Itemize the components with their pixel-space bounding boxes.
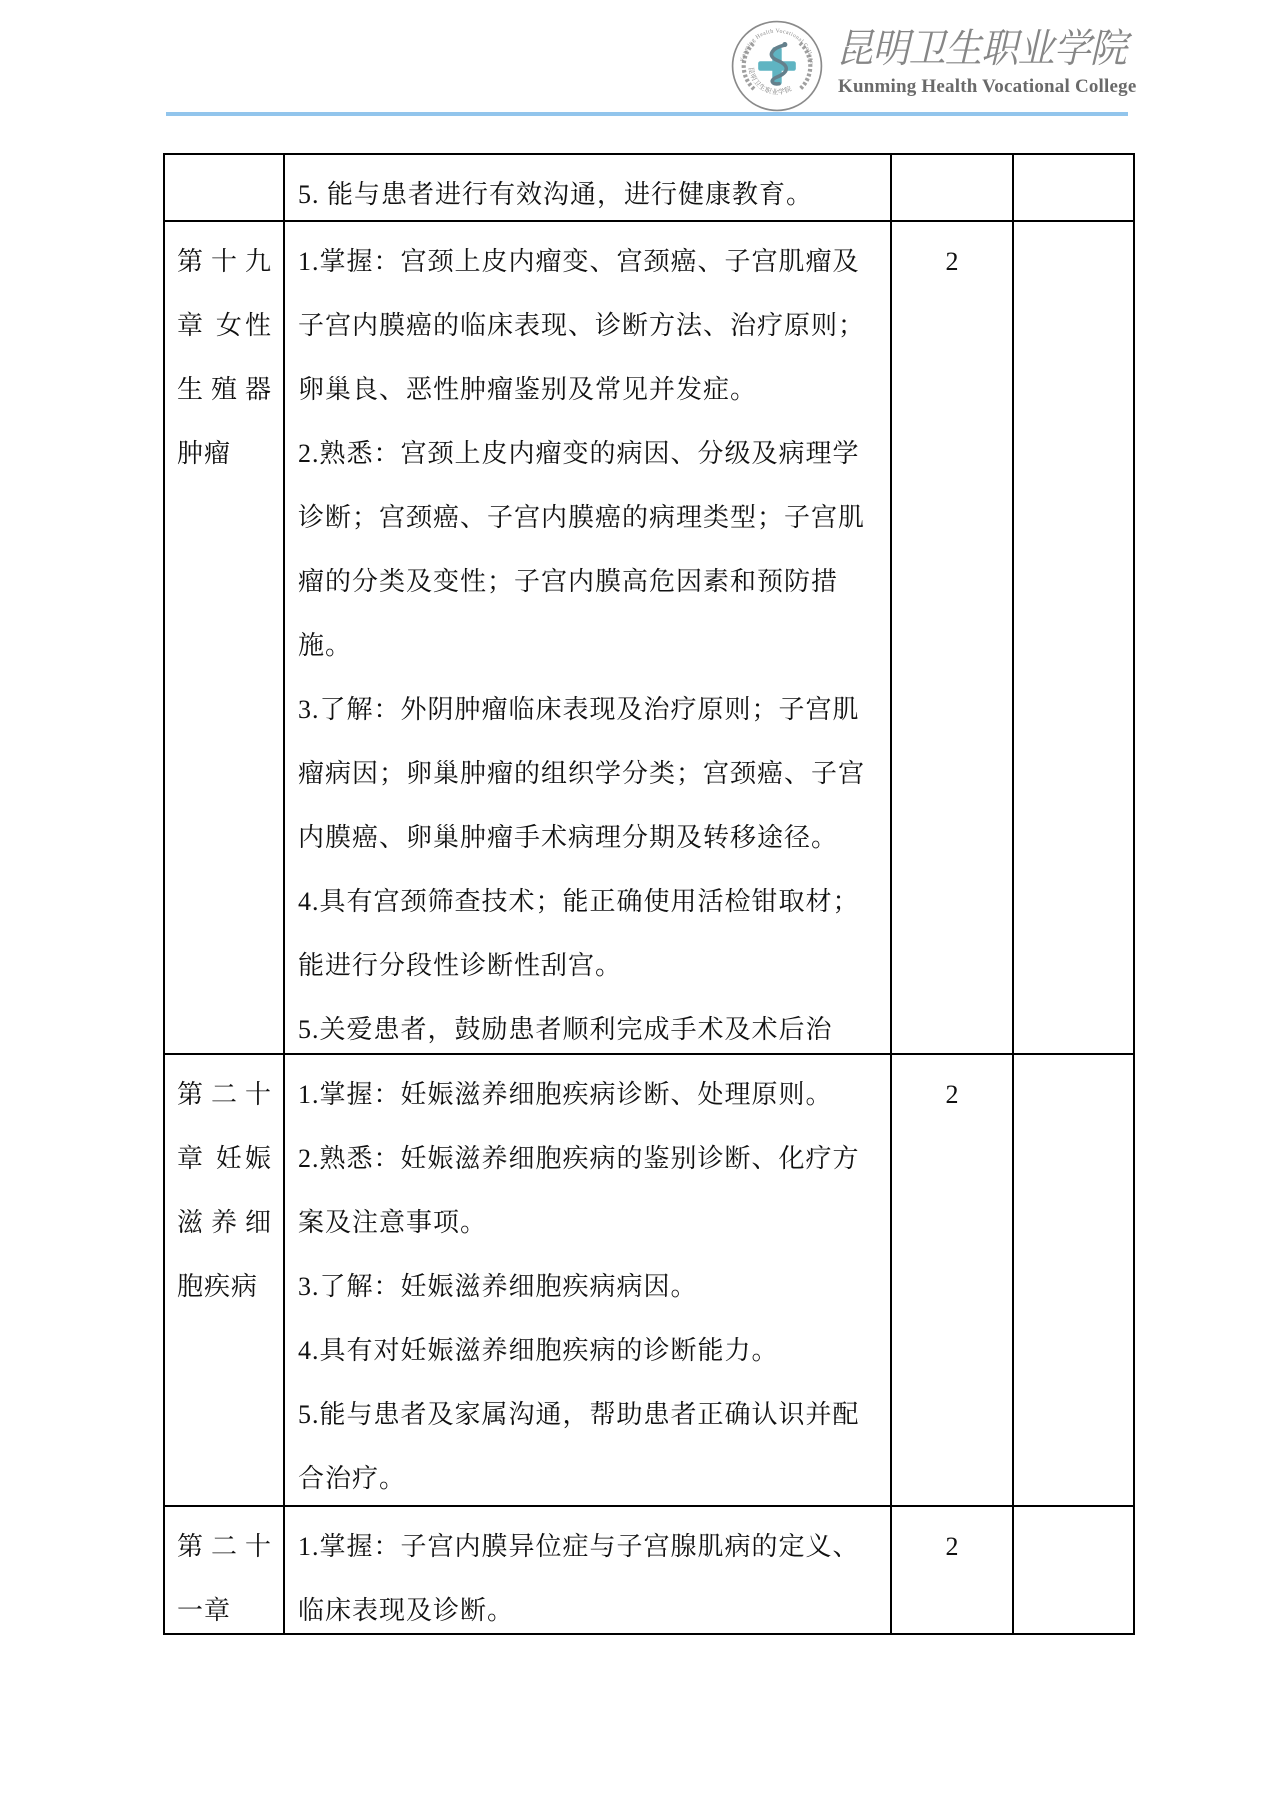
chapter-title-line: 第 十 九 [177, 230, 271, 294]
objective-item: 4.具有宫颈筛查技术；能正确使用活检钳取材；能进行分段性诊断性刮宫。 [298, 870, 880, 998]
hours-cell [891, 154, 1013, 221]
empty-cell [1013, 154, 1134, 221]
objective-item: 3.了解：妊娠滋养细胞疾病病因。 [298, 1255, 880, 1319]
objective-item: 5. 能与患者进行有效沟通，进行健康教育。 [298, 163, 880, 220]
objectives-cell: 1.掌握：妊娠滋养细胞疾病诊断、处理原则。 2.熟悉：妊娠滋养细胞疾病的鉴别诊断… [284, 1054, 891, 1506]
document-page: Kunming Health Vocational College 昆明卫生职业… [0, 0, 1274, 1801]
table-row: 第 十 九 章 女性 生 殖 器 肿瘤 1.掌握：宫颈上皮内瘤变、宫颈癌、子宫肌… [164, 221, 1134, 1054]
hours-value: 2 [892, 1515, 1012, 1579]
chapter-title-line: 第 二 十 [177, 1063, 271, 1127]
college-name-chinese: 昆明卫生职业学院 [836, 22, 1115, 76]
chapter-title-line: 章 妊娠 [177, 1127, 271, 1191]
chapter-title-line: 肿瘤 [177, 422, 271, 486]
chapter-title-line: 生 殖 器 [177, 358, 271, 422]
objectives-cell: 5. 能与患者进行有效沟通，进行健康教育。 [284, 154, 891, 221]
college-name-english: Kunming Health Vocational College [838, 76, 1136, 98]
empty-cell [1013, 1506, 1134, 1634]
chapter-cell: 第 二 十 章 妊娠 滋 养 细 胞疾病 [164, 1054, 284, 1506]
hours-cell: 2 [891, 1506, 1013, 1634]
objective-item: 5.能与患者及家属沟通，帮助患者正确认识并配合治疗。 [298, 1383, 880, 1505]
chapter-title-line: 滋 养 细 [177, 1191, 271, 1255]
table-row: 第 二 十 章 妊娠 滋 养 细 胞疾病 1.掌握：妊娠滋养细胞疾病诊断、处理原… [164, 1054, 1134, 1506]
objective-item: 4.具有对妊娠滋养细胞疾病的诊断能力。 [298, 1319, 880, 1383]
seal-cross-icon [758, 61, 796, 70]
chapter-cell: 第 十 九 章 女性 生 殖 器 肿瘤 [164, 221, 284, 1054]
chapter-title-line: 胞疾病 [177, 1255, 271, 1319]
table-row: 第 二 十 一章 1.掌握：子宫内膜异位症与子宫腺肌病的定义、临床表现及诊断。 … [164, 1506, 1134, 1634]
objective-item: 2.熟悉：宫颈上皮内瘤变的病因、分级及病理学诊断；宫颈癌、子宫内膜癌的病理类型；… [298, 422, 880, 678]
hours-cell: 2 [891, 1054, 1013, 1506]
objective-item: 1.掌握：宫颈上皮内瘤变、宫颈癌、子宫肌瘤及子宫内膜癌的临床表现、诊断方法、治疗… [298, 230, 880, 422]
objective-item: 5.关爱患者，鼓励患者顺利完成手术及术后治疗；指导患者正确认识与使用激素替代治疗… [298, 998, 880, 1053]
empty-cell [1013, 1054, 1134, 1506]
hours-value: 2 [892, 1063, 1012, 1127]
objective-item: 3.了解：外阴肿瘤临床表现及治疗原则；子宫肌瘤病因；卵巢肿瘤的组织学分类；宫颈癌… [298, 678, 880, 870]
chapter-title-line: 章 女性 [177, 294, 271, 358]
objective-item: 2.熟悉：妊娠滋养细胞疾病的鉴别诊断、化疗方案及注意事项。 [298, 1127, 880, 1255]
chapter-cell [164, 154, 284, 221]
chapter-cell: 第 二 十 一章 [164, 1506, 284, 1634]
college-seal-logo: Kunming Health Vocational College 昆明卫生职业… [731, 20, 823, 112]
header-divider [166, 112, 1128, 116]
hours-value: 2 [892, 230, 1012, 294]
table-row: 5. 能与患者进行有效沟通，进行健康教育。 [164, 154, 1134, 221]
empty-cell [1013, 221, 1134, 1054]
objective-item: 1.掌握：子宫内膜异位症与子宫腺肌病的定义、临床表现及诊断。 [298, 1515, 880, 1633]
objectives-cell: 1.掌握：子宫内膜异位症与子宫腺肌病的定义、临床表现及诊断。 [284, 1506, 891, 1634]
hours-cell: 2 [891, 221, 1013, 1054]
objectives-cell: 1.掌握：宫颈上皮内瘤变、宫颈癌、子宫肌瘤及子宫内膜癌的临床表现、诊断方法、治疗… [284, 221, 891, 1054]
chapter-title-line: 一章 [177, 1579, 271, 1633]
seal-snake-head [782, 42, 787, 47]
chapter-title-line: 第 二 十 [177, 1515, 271, 1579]
objective-item: 1.掌握：妊娠滋养细胞疾病诊断、处理原则。 [298, 1063, 880, 1127]
syllabus-table: 5. 能与患者进行有效沟通，进行健康教育。 第 十 九 章 女性 生 殖 器 肿… [163, 153, 1135, 1635]
